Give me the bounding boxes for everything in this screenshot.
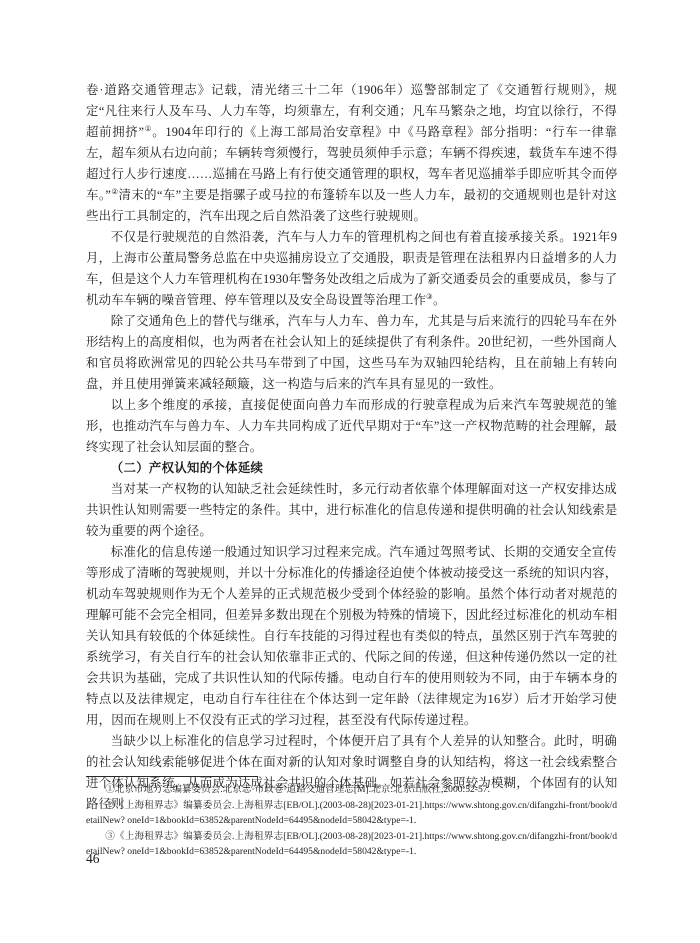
footnote: ②《上海租界志》编纂委员会.上海租界志[EB/OL].(2003-08-28)[… — [86, 798, 617, 829]
page-number: 46 — [86, 851, 100, 867]
footnotes: ①北京市地方志编纂委员会.北京志·市政卷·道路交通管理志[M].北京:北京出版社… — [86, 782, 617, 860]
section-heading: （二）产权认知的个体延续 — [86, 458, 617, 479]
footnote-separator — [86, 776, 258, 777]
paragraph: 当对某一产权物的认知缺乏社会延续性时，多元行动者依靠个体理解面对这一产权安排达成… — [86, 479, 617, 542]
paragraph: 不仅是行驶规范的自然沿袭，汽车与人力车的管理机构之间也有着直接承接关系。1921… — [86, 227, 617, 311]
document-page: 卷·道路交通管理志》记载，清光绪三十二年（1906年）巡警部制定了《交通暂行规则… — [0, 0, 700, 943]
footnote: ①北京市地方志编纂委员会.北京志·市政卷·道路交通管理志[M].北京:北京出版社… — [86, 782, 617, 798]
footnote-marker: ③ — [426, 292, 433, 301]
paragraph: 卷·道路交通管理志》记载，清光绪三十二年（1906年）巡警部制定了《交通暂行规则… — [86, 80, 617, 227]
body-text: 卷·道路交通管理志》记载，清光绪三十二年（1906年）巡警部制定了《交通暂行规则… — [86, 80, 617, 815]
paragraph: 以上多个维度的承接，直接促使面向兽力车而形成的行驶章程成为后来汽车驾驶规范的雏形… — [86, 395, 617, 458]
footnote-marker: ① — [144, 124, 152, 133]
paragraph: 标准化的信息传递一般通过知识学习过程来完成。汽车通过驾照考试、长期的交通安全宣传… — [86, 542, 617, 731]
footnote: ③《上海租界志》编纂委员会.上海租界志[EB/OL].(2003-08-28)[… — [86, 829, 617, 860]
footnote-marker: ② — [111, 187, 118, 196]
paragraph: 除了交通角色上的替代与继承，汽车与人力车、兽力车，尤其是与后来流行的四轮马车在外… — [86, 311, 617, 395]
